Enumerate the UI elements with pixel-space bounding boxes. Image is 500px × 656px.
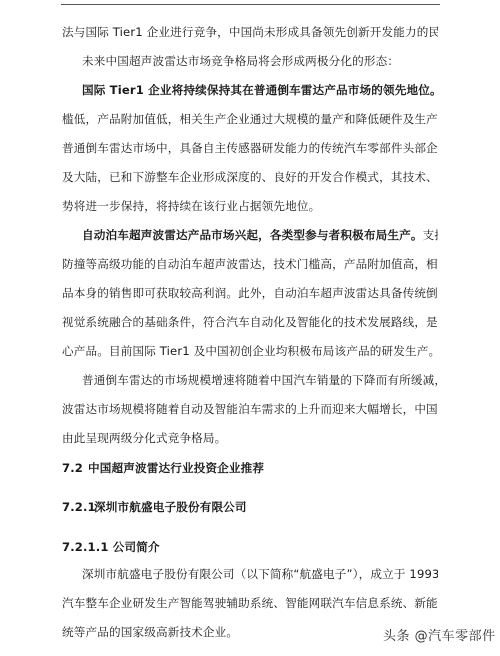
paragraph-line: 及大陆，已和下游整车企业形成深度的、良好的开发合作模式，其技术、客户资源及成本优 (62, 170, 438, 184)
section-heading-7-2: 7.2中国超声波雷达行业投资企业推荐 (62, 461, 438, 475)
paragraph-line: 势将进一步保持，将持续在该行业占据领先地位。 (62, 199, 438, 213)
paragraph-line: 普通倒车雷达的市场规模增速将随着中国汽车销量的下降而有所缓减，而自动泊车超声 (82, 373, 438, 387)
paragraph-line: 国际 Tier1 企业将持续保持其在普通倒车雷达产品市场的领先地位。倒车雷达技术… (82, 83, 438, 97)
paragraph-line: 普通倒车雷达市场中，具备自主传感器研发能力的传统汽车零部件头部企业如博世、法雷奥 (62, 141, 438, 155)
paragraph-line: 深圳市航盛电子股份有限公司（以下简称“航盛电子”），成立于 1993 年，是一家… (82, 567, 438, 581)
heading-title: 公司简介 (113, 540, 160, 554)
watermark: 头条 @汽车零部件 (383, 625, 496, 644)
heading-title: 中国超声波雷达行业投资企业推荐 (88, 461, 264, 475)
section-heading-7-2-1: 7.2.1深圳市航盛电子股份有限公司 (62, 500, 438, 514)
heading-number: 7.2.1 (62, 500, 94, 514)
paragraph-line: 汽车整车企业研发生产智能驾驶辅助系统、智能网联汽车信息系统、新能源汽车控制电子系 (62, 596, 438, 610)
paragraph-line: 波雷达市场规模将随着自动及智能泊车需求的上升而迎来大幅增长，中国超声波雷达行业将 (62, 402, 438, 416)
paragraph-line: 防撞等高级功能的自动泊车超声波雷达，技术门槛高，产品附加值高，相关生产企业通过产 (62, 257, 438, 271)
paragraph-line: 未来中国超声波雷达市场竞争格局将会形成两极分化的形态： (82, 54, 438, 68)
paragraph-line: 心产品。目前国际 Tier1 及中国初创企业均积极布局该产品的研发生产。 (62, 344, 438, 358)
paragraph-line: 统等产品的国家级高新技术企业。 (62, 625, 438, 639)
heading-number: 7.2 (62, 461, 88, 475)
heading-number: 7.2.1.1 (62, 540, 109, 554)
paragraph-line: 槛低，产品附加值低，相关生产企业通过大规模的量产和降低硬件及生产成本获取利润。在 (62, 112, 438, 126)
header-rule (61, 4, 440, 5)
text-span: 支持紧急制动、360° (423, 228, 438, 242)
paragraph-line: 由此呈现两级分化式竞争格局。 (62, 431, 438, 445)
heading-title: 深圳市航盛电子股份有限公司 (94, 500, 247, 514)
bold-lead-text: 国际 Tier1 企业将持续保持其在普通倒车雷达产品市场的领先地位。 (82, 83, 438, 97)
paragraph-line: 视觉系统融合的基础条件，符合汽车自动化及智能化的技术发展路线，是行业未来发展的核 (62, 315, 438, 329)
section-heading-7-2-1-1: 7.2.1.1 公司简介 (62, 540, 438, 554)
paragraph-line: 自动泊车超声波雷达产品市场兴起，各类型参与者积极布局生产。支持紧急制动、360° (82, 228, 438, 242)
paragraph-line: 品本身的销售即可获取较高利润。此外，自动泊车超声波雷达具备传统倒车雷达不具备的与 (62, 286, 438, 300)
bold-lead-text: 自动泊车超声波雷达产品市场兴起，各类型参与者积极布局生产。 (82, 228, 423, 242)
paragraph-line: 法与国际 Tier1 企业进行竞争，中国尚未形成具备领先创新开发能力的民族头部企… (62, 25, 438, 39)
